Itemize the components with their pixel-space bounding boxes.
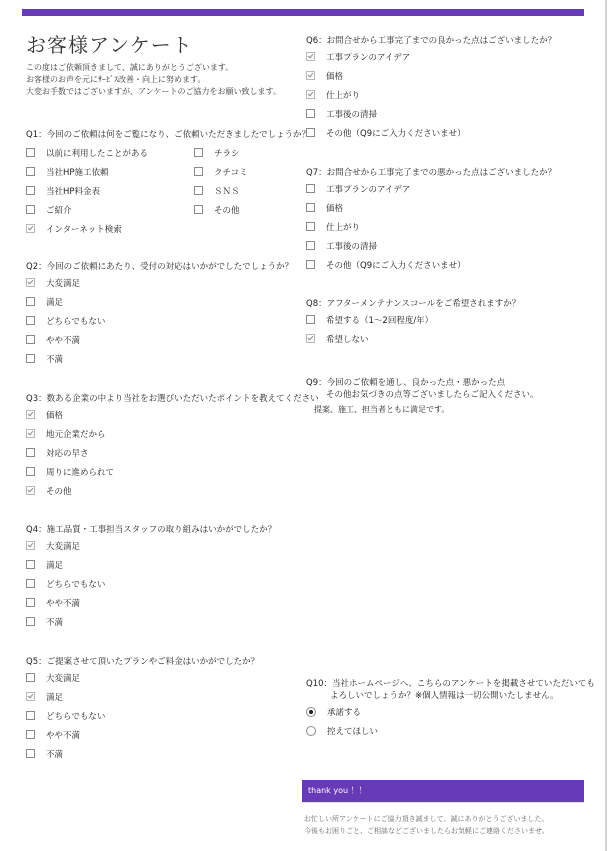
question-title: Q8：アフターメンテナンスコールをご希望されますか？ <box>306 298 520 310</box>
q3-option[interactable]: 地元企業だから <box>26 424 319 443</box>
checkbox-checked-icon[interactable] <box>26 410 35 419</box>
q3-option[interactable]: 周りに進められて <box>26 462 319 481</box>
page-edge-divider <box>605 0 607 851</box>
question-title-line: Q9：今回のご依頼を通し、良かった点・悪かった点 <box>306 378 505 388</box>
option-label: ＳＮＳ <box>214 185 240 197</box>
option-label: 承諾する <box>327 706 361 718</box>
q5-option[interactable]: 大変満足 <box>26 668 259 687</box>
q1-option[interactable]: 当社HP料金表 <box>26 181 194 200</box>
checkbox-icon[interactable] <box>26 335 35 344</box>
q4-option[interactable]: 不満 <box>26 612 276 631</box>
q3-option[interactable]: 対応の早さ <box>26 443 319 462</box>
question-title: Q4：施工品質・工事担当スタッフの取り組みはいかがでしたか？ <box>26 524 276 536</box>
question-title-line: Q10：当社ホームページへ、こちらのアンケートを掲載させていただいても <box>306 679 595 689</box>
option-label: 仕上がり <box>326 221 360 233</box>
option-label: 大変満足 <box>46 277 80 289</box>
q1-option[interactable]: ご紹介 <box>26 200 194 219</box>
option-label: その他 <box>214 204 240 216</box>
q2-option[interactable]: 大変満足 <box>26 273 293 292</box>
q7-option[interactable]: 工事プランのアイデア <box>306 179 556 198</box>
radio-icon[interactable] <box>306 726 316 736</box>
q1-option[interactable]: チラシ <box>194 143 362 162</box>
question-q8: Q8：アフターメンテナンスコールをご希望されますか？ 希望する（1～2回程度/年… <box>306 298 520 348</box>
q2-option[interactable]: どちらでもない <box>26 311 293 330</box>
q1-option[interactable]: 以前に利用したことがある <box>26 143 194 162</box>
q6-option[interactable]: 工事後の清掃 <box>306 104 556 123</box>
question-title: Q7：お問合せから工事完了までの悪かった点はございましたか？ <box>306 167 556 179</box>
checkbox-icon[interactable] <box>194 186 203 195</box>
intro-line: この度はご依頼頂きまして、誠にありがとうございます。 <box>26 62 281 74</box>
option-label: ご紹介 <box>46 204 72 216</box>
option-label: その他（Q9にご入力くださいませ） <box>326 127 466 139</box>
option-label: 周りに進められて <box>46 466 114 478</box>
option-label: 工事プランのアイデア <box>326 51 410 63</box>
option-label: 大変満足 <box>46 540 80 552</box>
question-q7: Q7：お問合せから工事完了までの悪かった点はございましたか？ 工事プランのアイデ… <box>306 167 556 274</box>
option-label: 工事後の清掃 <box>326 240 377 252</box>
checkbox-checked-icon[interactable] <box>306 90 315 99</box>
option-label: どちらでもない <box>46 578 105 590</box>
option-label: 以前に利用したことがある <box>46 147 148 159</box>
checkbox-icon[interactable] <box>194 205 203 214</box>
q7-option[interactable]: 仕上がり <box>306 217 556 236</box>
option-label: インターネット検索 <box>46 223 122 235</box>
q7-option[interactable]: 価格 <box>306 198 556 217</box>
question-q4: Q4：施工品質・工事担当スタッフの取り組みはいかがでしたか？ 大変満足 満足 ど… <box>26 524 276 631</box>
header-accent-bar <box>22 9 584 16</box>
option-label: その他（Q9にご入力くださいませ） <box>326 259 466 271</box>
checkbox-icon[interactable] <box>26 167 35 176</box>
q9-answer-text[interactable]: 提案、施工、担当者ともに満足です。 <box>306 404 539 415</box>
option-label: 価格 <box>46 409 63 421</box>
thank-you-banner: thank you ！！ <box>302 780 584 802</box>
option-label: 対応の早さ <box>46 447 89 459</box>
option-label: 当社HP料金表 <box>46 185 100 197</box>
checkbox-icon[interactable] <box>306 260 315 269</box>
checkbox-icon[interactable] <box>26 711 35 720</box>
option-label: どちらでもない <box>46 710 105 722</box>
q4-option[interactable]: 大変満足 <box>26 536 276 555</box>
q6-option[interactable]: 仕上がり <box>306 85 556 104</box>
q7-option[interactable]: その他（Q9にご入力くださいませ） <box>306 255 556 274</box>
checkbox-icon[interactable] <box>306 184 315 193</box>
checkbox-icon[interactable] <box>26 579 35 588</box>
question-title: Q10：当社ホームページへ、こちらのアンケートを掲載させていただいても よろしい… <box>306 678 595 702</box>
checkbox-icon[interactable] <box>26 354 35 363</box>
question-title: Q9：今回のご依頼を通し、良かった点・悪かった点 その他お気づきの点等ございまし… <box>306 377 539 401</box>
question-title-line: よろしいでしょうか？※個人情報は一切公開いたしません。 <box>306 690 595 702</box>
checkbox-icon[interactable] <box>26 560 35 569</box>
option-label: チラシ <box>214 147 240 159</box>
checkbox-icon[interactable] <box>306 222 315 231</box>
option-label: 控えてほしい <box>327 725 378 737</box>
option-label: 大変満足 <box>46 672 80 684</box>
option-label: 不満 <box>46 748 63 760</box>
option-label: やや不満 <box>46 597 80 609</box>
q8-option[interactable]: 希望しない <box>306 329 520 348</box>
intro-text: この度はご依頼頂きまして、誠にありがとうございます。 お客様のお声を元にｻｰﾋﾞ… <box>26 62 281 98</box>
option-label: 仕上がり <box>326 89 360 101</box>
thank-you-divider <box>302 802 584 803</box>
option-label: やや不満 <box>46 334 80 346</box>
q5-option[interactable]: 満足 <box>26 687 259 706</box>
q3-option[interactable]: その他 <box>26 481 319 500</box>
option-label: 価格 <box>326 202 343 214</box>
q10-option[interactable]: 控えてほしい <box>306 721 595 740</box>
checkbox-checked-icon[interactable] <box>306 71 315 80</box>
question-q9: Q9：今回のご依頼を通し、良かった点・悪かった点 その他お気づきの点等ございまし… <box>306 377 539 415</box>
checkbox-icon[interactable] <box>26 598 35 607</box>
checkbox-icon[interactable] <box>306 128 315 137</box>
option-label: 満足 <box>46 559 63 571</box>
checkbox-icon[interactable] <box>26 205 35 214</box>
checkbox-icon[interactable] <box>26 448 35 457</box>
checkbox-icon[interactable] <box>26 148 35 157</box>
checkbox-icon[interactable] <box>26 467 35 476</box>
q3-option[interactable]: 価格 <box>26 405 319 424</box>
q4-option[interactable]: 満足 <box>26 555 276 574</box>
checkbox-icon[interactable] <box>306 109 315 118</box>
option-label: その他 <box>46 485 72 497</box>
q2-option[interactable]: 不満 <box>26 349 293 368</box>
q6-option[interactable]: 工事プランのアイデア <box>306 47 556 66</box>
option-label: クチコミ <box>214 166 248 178</box>
checkbox-icon[interactable] <box>26 749 35 758</box>
option-label: 不満 <box>46 616 63 628</box>
intro-line: 大変お手数ではございますが、アンケートのご協力をお願い致します。 <box>26 86 281 98</box>
checkbox-checked-icon[interactable] <box>26 541 35 550</box>
checkbox-icon[interactable] <box>26 730 35 739</box>
q10-option[interactable]: 承諾する <box>306 702 595 721</box>
q5-option[interactable]: やや不満 <box>26 725 259 744</box>
checkbox-icon[interactable] <box>306 241 315 250</box>
option-label: 希望しない <box>326 333 369 345</box>
option-label: 地元企業だから <box>46 428 106 440</box>
q2-option[interactable]: 満足 <box>26 292 293 311</box>
option-label: 不満 <box>46 353 63 365</box>
checkbox-icon[interactable] <box>26 617 35 626</box>
q7-option[interactable]: 工事後の清掃 <box>306 236 556 255</box>
checkbox-icon[interactable] <box>26 673 35 682</box>
q2-option[interactable]: やや不満 <box>26 330 293 349</box>
checkbox-icon[interactable] <box>26 186 35 195</box>
question-title: Q6：お問合せから工事完了までの良かった点はございましたか？ <box>306 35 556 47</box>
q6-option[interactable]: その他（Q9にご入力くださいませ） <box>306 123 556 142</box>
q1-option[interactable]: 当社HP施工依頼 <box>26 162 194 181</box>
option-label: 価格 <box>326 70 343 82</box>
checkbox-checked-icon[interactable] <box>26 429 35 438</box>
option-label: 工事後の清掃 <box>326 108 377 120</box>
thank-you-message: お忙しい所アンケートにご協力頂き誠まして、誠にありがとうございました。 今後もお… <box>304 813 549 837</box>
question-q10: Q10：当社ホームページへ、こちらのアンケートを掲載させていただいても よろしい… <box>306 678 595 740</box>
q1-column-1: 以前に利用したことがある 当社HP施工依頼 当社HP料金表 ご紹介 インターネッ… <box>26 143 194 238</box>
question-q2: Q2：今回のご依頼にあたり、受付の対応はいかがでしたでしょうか？ 大変満足 満足… <box>26 261 293 368</box>
question-q6: Q6：お問合せから工事完了までの良かった点はございましたか？ 工事プランのアイデ… <box>306 35 556 142</box>
q5-option[interactable]: 不満 <box>26 744 259 763</box>
option-label: 工事プランのアイデア <box>326 183 410 195</box>
q8-option[interactable]: 希望する（1～2回程度/年） <box>306 310 520 329</box>
option-label: 当社HP施工依頼 <box>46 166 109 178</box>
question-title-line: その他お気づきの点等ございましたらご記入ください。 <box>306 389 539 401</box>
option-label: やや不満 <box>46 729 80 741</box>
question-title: Q5：ご提案させて頂いたプランやご料金はいかがでしたか？ <box>26 656 259 668</box>
q5-option[interactable]: どちらでもない <box>26 706 259 725</box>
option-label: 希望する（1～2回程度/年） <box>326 314 433 326</box>
option-label: 満足 <box>46 691 63 703</box>
question-title: Q3：数ある企業の中より当社をお選びいただいたポイントを教えてください <box>26 393 319 405</box>
checkbox-checked-icon[interactable] <box>26 224 35 233</box>
page-title: お客様アンケート <box>26 29 193 58</box>
checkbox-icon[interactable] <box>306 315 315 324</box>
q4-option[interactable]: どちらでもない <box>26 574 276 593</box>
q4-option[interactable]: やや不満 <box>26 593 276 612</box>
thank-you-line: 今後もお困りごと、ご相談などございましたらお気軽にご連絡くださいませ。 <box>304 825 549 837</box>
q1-option[interactable]: インターネット検索 <box>26 219 194 238</box>
checkbox-icon[interactable] <box>306 203 315 212</box>
thank-you-line: お忙しい所アンケートにご協力頂き誠まして、誠にありがとうございました。 <box>304 813 549 825</box>
checkbox-icon[interactable] <box>194 148 203 157</box>
checkbox-icon[interactable] <box>26 316 35 325</box>
q6-option[interactable]: 価格 <box>306 66 556 85</box>
checkbox-checked-icon[interactable] <box>26 278 35 287</box>
checkbox-icon[interactable] <box>26 297 35 306</box>
checkbox-checked-icon[interactable] <box>26 692 35 701</box>
checkbox-checked-icon[interactable] <box>26 486 35 495</box>
checkbox-icon[interactable] <box>194 167 203 176</box>
radio-selected-icon[interactable] <box>306 707 316 717</box>
option-label: 満足 <box>46 296 63 308</box>
intro-line: お客様のお声を元にｻｰﾋﾞｽ改善・向上に努めます。 <box>26 74 281 86</box>
question-title: Q2：今回のご依頼にあたり、受付の対応はいかがでしたでしょうか？ <box>26 261 293 273</box>
checkbox-checked-icon[interactable] <box>306 52 315 61</box>
question-q5: Q5：ご提案させて頂いたプランやご料金はいかがでしたか？ 大変満足 満足 どちら… <box>26 656 259 763</box>
checkbox-checked-icon[interactable] <box>306 334 315 343</box>
question-q3: Q3：数ある企業の中より当社をお選びいただいたポイントを教えてください 価格 地… <box>26 393 319 500</box>
option-label: どちらでもない <box>46 315 105 327</box>
